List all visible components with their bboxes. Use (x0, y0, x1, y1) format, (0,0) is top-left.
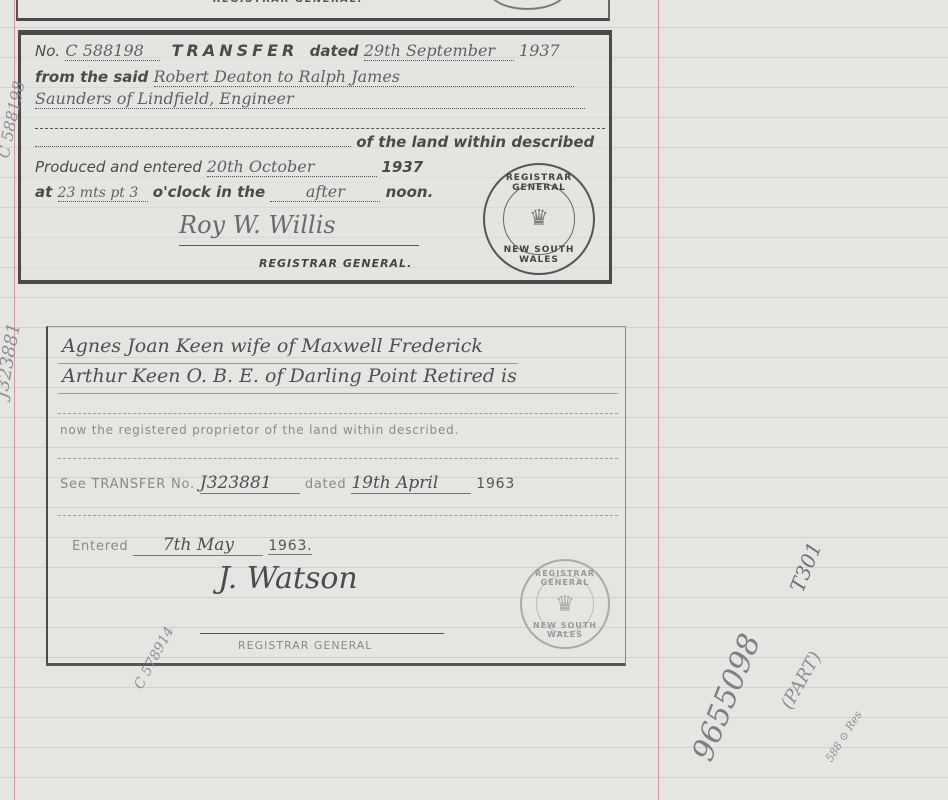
signature-rule-1963 (200, 633, 444, 634)
rule-3 (58, 413, 618, 414)
transfer-header-line: No. C 588198 TRANSFER dated 29th Septemb… (35, 41, 560, 61)
proprietor-1963-box: Agnes Joan Keen wife of Maxwell Frederic… (46, 326, 626, 666)
stamp-bottom-text: NEW SOUTH WALES (485, 245, 593, 265)
stamp-top-text: REGISTRAR GENERAL (485, 173, 593, 193)
signature-watson: J. Watson (218, 561, 358, 596)
produced-line: Produced and entered 20th October 1937 (35, 157, 423, 177)
dated-year-1963: 1963 (476, 476, 515, 492)
pencil-note-part: (PART) (777, 648, 827, 713)
dated-value: 29th September (364, 41, 514, 61)
land-text: of the land within described (356, 133, 594, 151)
from-label: from the said (35, 68, 148, 86)
registrar-stamp-1963-icon: REGISTRAR GENERAL ♛ NEW SOUTH WALES (520, 559, 610, 649)
previous-stamp-icon (488, 0, 567, 10)
land-line: of the land within described (35, 133, 594, 151)
rule-1 (58, 363, 518, 364)
see-transfer-line: See TRANSFER No. J323881 dated 19th Apri… (60, 473, 515, 494)
time-line: at 23 mts pt 3 o'clock in the after noon… (35, 182, 433, 202)
dated-year: 1937 (519, 41, 560, 60)
pencil-note-left-mid: J323881 (0, 321, 25, 399)
time-value: 23 mts pt 3 (58, 185, 148, 202)
parties-line1: Robert Deaton to Ralph James (154, 67, 574, 87)
pencil-note-small: 588 ⊙ Res (823, 709, 865, 765)
previous-entry-box: REGISTRAR GENERAL. (16, 0, 610, 21)
blank-rule (35, 128, 605, 129)
proprietor-line2: Arthur Keen O. B. E. of Darling Point Re… (62, 365, 517, 387)
from-line: from the said Robert Deaton to Ralph Jam… (35, 67, 574, 87)
land-blank (35, 146, 351, 147)
oclock-label: o'clock in the (153, 183, 265, 201)
entered-year: 1963. (268, 538, 312, 555)
rule-5 (58, 515, 618, 516)
signature-rule (179, 245, 419, 246)
crown-emblem-icon: ♛ (503, 183, 574, 254)
registrar-general-label: REGISTRAR GENERAL. (259, 257, 412, 270)
noon-label: noon. (386, 183, 434, 201)
no-label: No. (35, 42, 60, 60)
dated-label-1963: dated (305, 477, 347, 492)
transfer-number-1963: J323881 (200, 473, 300, 494)
produced-label: Produced and entered (35, 158, 202, 176)
parties-line2-row: Saunders of Lindfield, Engineer (35, 89, 585, 109)
at-label: at (35, 183, 52, 201)
parties-line2: Saunders of Lindfield, Engineer (35, 89, 585, 109)
pencil-note-t301: T301 (785, 539, 827, 596)
produced-value: 20th October (207, 157, 377, 177)
proprietor-text: now the registered proprietor of the lan… (60, 423, 459, 437)
register-page: REGISTRAR GENERAL. No. C 588198 TRANSFER… (0, 0, 948, 800)
signature-willis: Roy W. Willis (179, 211, 336, 239)
see-transfer-label: See TRANSFER No. (60, 477, 195, 492)
transfer-number: C 588198 (65, 41, 160, 61)
registrar-general-label-1963: REGISTRAR GENERAL (238, 639, 372, 652)
dated-value-1963: 19th April (351, 473, 471, 494)
entered-line: Entered 7th May 1963. (72, 535, 312, 556)
registrar-stamp-icon: REGISTRAR GENERAL ♛ NEW SOUTH WALES (483, 163, 595, 275)
previous-registrar-label: REGISTRAR GENERAL. (213, 0, 363, 5)
dated-label: dated (310, 42, 359, 60)
entered-label: Entered (72, 539, 128, 554)
stamp-bottom-text-1963: NEW SOUTH WALES (522, 621, 608, 639)
pencil-note-right-main: 9655098 (686, 629, 769, 766)
transfer-1937-box: No. C 588198 TRANSFER dated 29th Septemb… (18, 30, 612, 284)
proprietor-line1: Agnes Joan Keen wife of Maxwell Frederic… (62, 335, 483, 357)
entered-value: 7th May (133, 535, 263, 556)
stamp-top-text-1963: REGISTRAR GENERAL (522, 569, 608, 587)
rule-2 (58, 393, 618, 394)
right-margin-line (658, 0, 659, 800)
transfer-heading: TRANSFER (172, 41, 299, 60)
rule-4 (58, 458, 618, 459)
produced-year: 1937 (382, 158, 424, 176)
period-value: after (270, 182, 380, 202)
